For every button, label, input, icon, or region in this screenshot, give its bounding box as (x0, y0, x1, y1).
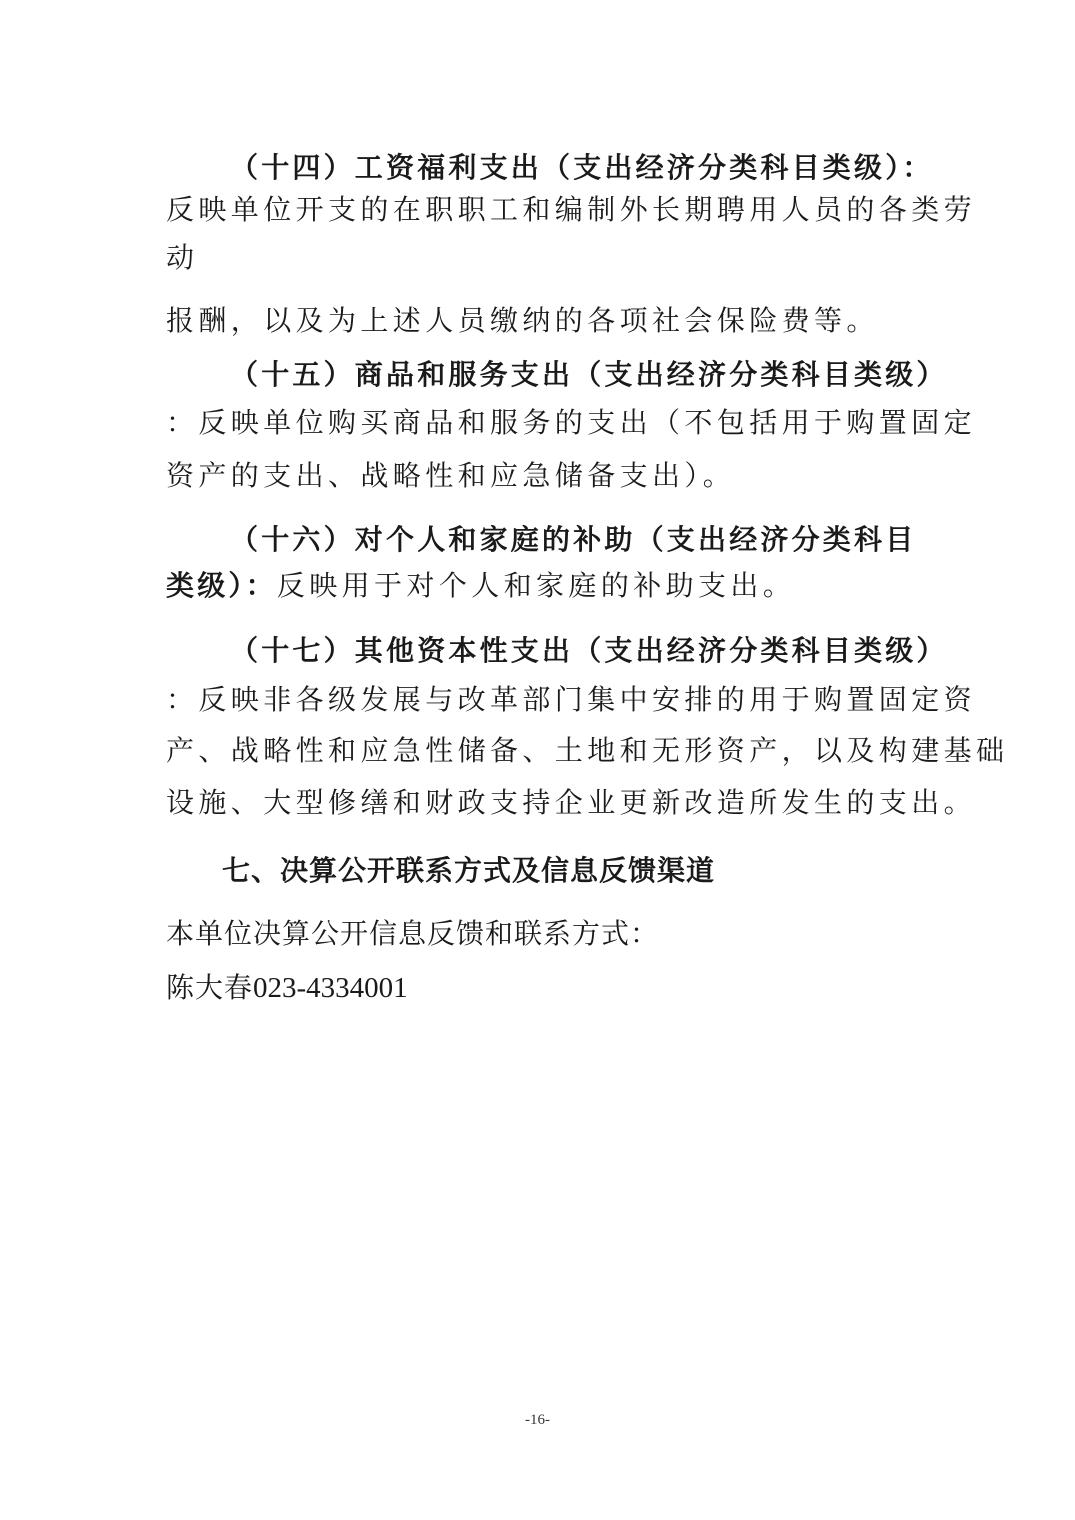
page-number: -16- (0, 1412, 1075, 1429)
contact-intro: 本单位决算公开信息反馈和联系方式： (166, 916, 659, 952)
contact-line: 陈大春023-4334001 (166, 970, 408, 1006)
section-14-text-2: 动 (166, 240, 198, 276)
section-16-text: 类级）：反映用于对个人和家庭的补助支出。 (166, 568, 795, 604)
contact-phone: 023-4334001 (253, 972, 408, 1004)
section-16-heading: （十六）对个人和家庭的补助（支出经济分类科目 (230, 522, 916, 558)
section-17-text-1: ：反映非各级发展与改革部门集中安排的用于购置固定资 (166, 682, 976, 718)
section-17-text-2: 产、战略性和应急性储备、土地和无形资产，以及构建基础 (166, 733, 1008, 769)
section-14-text-1: 反映单位开支的在职职工和编制外长期聘用人员的各类劳 (166, 192, 976, 228)
section-14-text-3: 报酬，以及为上述人员缴纳的各项社会保险费等。 (166, 303, 879, 339)
section-16-heading-cont: 类级）： (166, 569, 277, 602)
section-15-text-2: 资产的支出、战略性和应急储备支出）。 (166, 458, 735, 494)
section-15-text-1: ：反映单位购买商品和服务的支出（不包括用于购置固定 (166, 405, 976, 441)
chapter-title: 七、决算公开联系方式及信息反馈渠道 (222, 853, 715, 889)
section-17-text-3: 设施、大型修缮和财政支持企业更新改造所发生的支出。 (166, 785, 976, 821)
contact-name: 陈大春 (166, 971, 253, 1004)
section-14-heading: （十四）工资福利支出（支出经济分类科目类级）： (230, 150, 934, 186)
section-16-body: 反映用于对个人和家庭的补助支出。 (277, 569, 795, 602)
section-15-heading: （十五）商品和服务支出（支出经济分类科目类级） (230, 357, 948, 393)
section-17-heading: （十七）其他资本性支出（支出经济分类科目类级） (230, 633, 948, 669)
